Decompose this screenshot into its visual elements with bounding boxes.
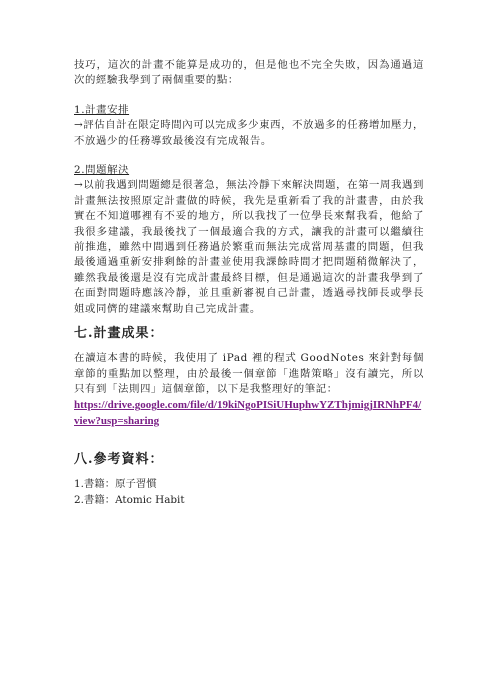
point2-title: 2.問題解決 [74, 163, 424, 178]
section7-body: 在讀這本書的時候，我使用了 iPad 裡的程式 GoodNotes 來針對每個章… [74, 351, 424, 397]
document-page: 技巧，這次的計畫不能算是成功的，但是他也不完全失敗，因為通過這次的經驗我學到了兩… [74, 58, 424, 508]
reference-item-1: 1.書籍：原子習慣 [74, 477, 424, 492]
section8-heading: 八.參考資料： [74, 451, 424, 469]
reference-item-2: 2.書籍：Atomic Habit [74, 493, 424, 508]
intro-paragraph: 技巧，這次的計畫不能算是成功的，但是他也不完全失敗，因為通過這次的經驗我學到了兩… [74, 58, 424, 89]
point1-body: →評估自計在限定時間內可以完成多少東西，不放過多的任務增加壓力，不放過少的任務導… [74, 118, 424, 149]
section7-heading: 七.計畫成果： [74, 325, 424, 343]
notes-link[interactable]: https://drive.google.com/file/d/19kiNgoP… [74, 397, 424, 429]
point2-body: →以前我遇到問題總是很著急，無法冷靜下來解決問題，在第一周我遇到計畫無法按照原定… [74, 178, 424, 317]
point1-title: 1.計畫安排 [74, 103, 424, 118]
